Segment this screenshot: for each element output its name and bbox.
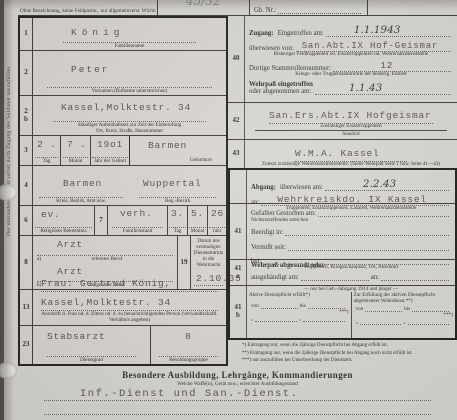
ehe-tag-cell: 3. Tag bbox=[168, 206, 188, 235]
geburt-monat-value: 7 . bbox=[67, 139, 87, 150]
ueberwiesen-von-caption: Bisheriger Feldtruppenteil od. Ersatztru… bbox=[245, 52, 457, 58]
regbez-caption: Reg.-Bezirk bbox=[139, 199, 216, 205]
top-handwritten-cell: 45/32 bbox=[158, 0, 250, 16]
wehrpass-abgesandt-label-2: ausgehändigt am: bbox=[251, 274, 299, 281]
section-number-sub: a bbox=[236, 273, 240, 281]
row-geburt: 3 2 . Tag 7 . Monat 19o1 Jahr der Geburt… bbox=[20, 136, 226, 166]
row-number: 4 bbox=[20, 166, 33, 205]
footnote-3: ***) nur auszufüllen bei Unterbrechung d… bbox=[242, 357, 453, 365]
anschrift-caption: Anschrift d. Frau od. d. Eltern od. d. z… bbox=[33, 311, 226, 325]
dienstpflicht-right-title: Zur Erfüllung der aktiven Dienstpflicht … bbox=[354, 292, 454, 304]
von-blank bbox=[365, 305, 402, 312]
wohnort-value: Kassel,Molktestr. 34 bbox=[61, 102, 191, 113]
margin-instruction: Der umrandete Teil ist sofort nach Zugan… bbox=[6, 65, 12, 236]
besoldungsgruppe-cell: 8 Besoldungsgruppe bbox=[151, 326, 226, 364]
ueberwiesen-von-blank: San.Abt.IX Hof-Geismar bbox=[296, 41, 451, 52]
scan-edge-shadow bbox=[0, 0, 4, 420]
abgang-an-blank: Wehrkreiskdo. IX Kassel bbox=[261, 195, 449, 206]
wohnort-caption-2: Ort, Kreis, Straße, Hausnummer bbox=[53, 129, 206, 135]
ehe-tag-caption: Tag bbox=[169, 229, 186, 235]
stammrollennummer-value: 12 bbox=[380, 60, 393, 71]
row-wohnort: 2 b Kassel,Molktestr. 34 Ständiger Aufen… bbox=[20, 96, 226, 136]
footnote-1: *) Eintragung nur, wenn die 2jährige Die… bbox=[242, 342, 453, 350]
geburt-monat-caption: Monat bbox=[63, 159, 88, 165]
gb-nr-label: Gb. Nr.: bbox=[254, 7, 276, 14]
beerdigt-blank bbox=[285, 225, 449, 236]
zugang-label: Zugang: bbox=[249, 30, 274, 37]
row-number: 1 bbox=[20, 18, 33, 50]
wehrersatzdienststelle-value: W.M.A. Kassel bbox=[295, 148, 380, 159]
gefallen-blank bbox=[318, 206, 449, 217]
familienstand-cell: verh. Familienstand bbox=[108, 206, 168, 235]
ueberwiesen-am-value: 2.2.43 bbox=[363, 178, 396, 190]
ditto-blank bbox=[303, 315, 344, 322]
abgang-header-body: Abgang: überwiesen am: 2.2.43 an: Wehrkr… bbox=[247, 170, 455, 203]
wehrpass-eingetroffen-blank: 1.1.43 bbox=[315, 84, 451, 95]
top-note: Ohne Bezeichnung, keine Feldpostnr., nur… bbox=[20, 8, 156, 14]
vermisst-label: Vermißt seit: bbox=[251, 244, 286, 251]
ueberwiesen-am-blank: 2.2.43 bbox=[325, 180, 449, 191]
ehe-monat-cell: 5. Monat bbox=[188, 206, 208, 235]
bis-blank bbox=[308, 302, 345, 309]
ausbildung-entry: Inf.-Dienst und San.-Dienst. bbox=[80, 388, 298, 400]
regbez-value: Wuppertal bbox=[143, 178, 202, 189]
kreis-caption: Kreis, Bezirk, Amt usw. bbox=[39, 199, 123, 205]
section-number: 41 a bbox=[230, 260, 247, 285]
section-number: 41 b bbox=[230, 286, 247, 338]
ditto-mark: „ bbox=[251, 316, 253, 322]
dienstgrad-cell: Stabsarzt Dienstgrad bbox=[33, 326, 151, 364]
section-41-body: Gefallen Gestorben am: Nichtzutreffendes… bbox=[247, 204, 455, 259]
punch-hole-top bbox=[0, 184, 17, 201]
ausgehaendigt-blank bbox=[301, 270, 369, 281]
row-number: 6 bbox=[20, 206, 33, 235]
row-number-sub: b bbox=[24, 116, 28, 124]
familienstand-value: verh. bbox=[120, 208, 153, 219]
ausgehaendigt-an-label: an: bbox=[371, 274, 379, 281]
top-handwritten-number: 45/32 bbox=[186, 0, 221, 8]
footnotes: *) Eintragung nur, wenn die 2jährige Die… bbox=[228, 340, 457, 365]
ueberwiesen-am-label: überwiesen am: bbox=[280, 184, 323, 191]
geburt-jahr-caption: Jahr der Geburt bbox=[92, 159, 128, 165]
dienstpflicht-left-title: Aktive Dienstpflicht erfüllt*) bbox=[249, 292, 349, 298]
section-number: 42 bbox=[228, 103, 245, 139]
row-kreis: 4 Barmen Wuppertal Kreis, Bezirk, Amt us… bbox=[20, 166, 226, 206]
wehrpass-eingetroffen-label-2: oder abgenommen am: bbox=[249, 88, 313, 95]
row-religion-familienstand: 6 ev. Religiöses Bekenntnis 7 verh. Fami… bbox=[20, 206, 226, 236]
row-number: 2 b bbox=[20, 96, 33, 135]
dienstgrad-caption: Dienstgrad bbox=[47, 358, 136, 364]
religion-cell: ev. Religiöses Bekenntnis bbox=[33, 206, 95, 235]
ausbildung-entry-line: Inf.-Dienst und San.-Dienst. bbox=[44, 387, 431, 401]
geburt-monat-cell: 7 . Monat bbox=[61, 136, 91, 165]
besoldungsgruppe-caption: Besoldungsgruppe bbox=[159, 358, 218, 364]
bei-blank bbox=[263, 254, 449, 265]
abgang-an-value: Wehrkreiskdo. IX Kassel bbox=[277, 194, 427, 205]
vermisst-blank bbox=[288, 240, 449, 251]
section-43-body: W.M.A. Kassel Zuletzt zuständige Wehrers… bbox=[245, 140, 457, 168]
footnote-2: **) Eintragung nur, wenn die 2jährige Di… bbox=[242, 350, 453, 358]
ehe-tag-value: 3. bbox=[171, 208, 184, 219]
section-42: 42 San.Ers.Abt.IX Hofgeismar Zuständiger… bbox=[228, 103, 457, 140]
religion-value: ev. bbox=[41, 209, 61, 220]
bis-blank bbox=[412, 305, 449, 312]
row-dienstgrad: 23 Stabsarzt Dienstgrad 8 Besoldungsgrup… bbox=[20, 326, 226, 364]
beruf-a-field: Arzt a) erlernter Beruf bbox=[33, 236, 177, 263]
dienstpflicht-right-column: Zur Erfüllung der aktiven Dienstpflicht … bbox=[352, 292, 456, 338]
abgang-header: Abgang: überwiesen am: 2.2.43 an: Wehrkr… bbox=[230, 170, 455, 204]
stammrollennummer-blank: 12 bbox=[333, 61, 451, 72]
geburtsort-field: Barmen Geburtsort bbox=[130, 136, 226, 165]
wohnort-field: Kassel,Molktestr. 34 Ständiger Aufenthal… bbox=[33, 96, 226, 135]
eingetroffen-label: Eingetroffen am: bbox=[278, 30, 324, 37]
row-familienname: 1 König Familienname bbox=[20, 18, 226, 51]
row-number: 3 bbox=[20, 136, 33, 165]
section-number: 41 bbox=[230, 204, 247, 259]
anschrift-line1: Frau: Gertrud König, bbox=[41, 278, 171, 289]
top-blank-cell bbox=[368, 0, 457, 16]
abgang-box: Abgang: überwiesen am: 2.2.43 an: Wehrkr… bbox=[228, 168, 457, 340]
scanned-form-page: Der umrandete Teil ist sofort nach Zugan… bbox=[0, 0, 457, 420]
dienstgrad-value: Stabsarzt bbox=[47, 331, 106, 342]
besoldungsgruppe-value: 8 bbox=[185, 331, 192, 342]
section-41: 41 Gefallen Gestorben am: Nichtzutreffen… bbox=[230, 204, 455, 260]
ausbildung-title: Besondere Ausbildung, Lehrgänge, Kommand… bbox=[18, 370, 457, 380]
wehrersatzdienststelle-caption: Zuletzt zuständige Wehrersatzdienststell… bbox=[245, 162, 457, 168]
row-number: 13 bbox=[20, 290, 33, 325]
ehe-jahr-caption: Jahr bbox=[209, 229, 225, 235]
beruf-a-value: Arzt bbox=[57, 239, 83, 250]
wehrpass-eingetroffen-value: 1.1.43 bbox=[349, 82, 382, 94]
eingetroffen-value: 1.1.1943 bbox=[354, 24, 401, 36]
ehe-monat-caption: Monat bbox=[189, 229, 206, 235]
zugang-body: Zugang: Eingetroffen am: 1.1.1943 überwi… bbox=[245, 16, 457, 102]
ersatztruppenteil-value: San.Ers.Abt.IX Hofgeismar bbox=[269, 110, 432, 121]
section-42-body: San.Ers.Abt.IX Hofgeismar Zuständiger Er… bbox=[245, 103, 457, 139]
geburt-tag-caption: Tag bbox=[35, 159, 58, 165]
geburtsort-caption: Geburtsort bbox=[130, 158, 226, 164]
row-number: 2 bbox=[20, 51, 33, 95]
section-41b: 41 b — nur bei Geb.-Jahrgang 1914 und jü… bbox=[230, 286, 455, 338]
section-43: 43 W.M.A. Kassel Zuletzt zuständige Wehr… bbox=[228, 140, 457, 168]
ditto-mark: „ bbox=[356, 319, 358, 325]
von-blank bbox=[261, 302, 298, 309]
anschrift-line2: Kassel,Molktestr. 34 bbox=[41, 297, 171, 308]
row-anschrift: 13 Frau: Gertrud König, Kassel,Molktestr… bbox=[20, 290, 226, 326]
anschrift-field: Frau: Gertrud König, Kassel,Molktestr. 3… bbox=[33, 290, 226, 325]
vornamen-value: Peter bbox=[71, 64, 110, 75]
ausbildung-section: Besondere Ausbildung, Lehrgänge, Kommand… bbox=[18, 366, 457, 420]
section-number: 43 bbox=[228, 140, 245, 168]
familienname-field: König Familienname bbox=[33, 18, 226, 50]
religion-caption: Religiöses Bekenntnis bbox=[35, 229, 92, 235]
gb-nr-cell: Gb. Nr.: bbox=[250, 0, 368, 16]
ditto-mark: „ bbox=[299, 316, 301, 322]
row-vornamen: 2 Peter Vornamen (Rufname unterstreichen… bbox=[20, 51, 226, 96]
ditto-blank bbox=[255, 315, 296, 322]
gefallen-caption: Nichtzutreffendes streichen bbox=[247, 217, 455, 223]
abgang-label: Abgang: bbox=[251, 184, 276, 191]
diensteintritt-caption: Datum des erstmaligen Diensteintritts in… bbox=[191, 238, 226, 269]
wehrpass-eingetroffen-label-1: Wehrpaß eingetroffen bbox=[249, 81, 313, 88]
geburt-jahr-value: 19o1 bbox=[97, 139, 123, 150]
gb-nr-blank bbox=[278, 3, 361, 14]
ehe-monat-value: 5. bbox=[191, 208, 204, 219]
personal-data-block: 1 König Familienname 2 Peter Vornamen (R… bbox=[18, 16, 228, 366]
section-zugang: 40 Zugang: Eingetroffen am: 1.1.1943 übe… bbox=[228, 16, 457, 103]
unit-record-block: 40 Zugang: Eingetroffen am: 1.1.1943 übe… bbox=[228, 16, 457, 366]
beerdigt-label: Beerdigt in: bbox=[251, 229, 283, 236]
punch-hole-bottom bbox=[0, 362, 17, 379]
vornamen-field: Peter Vornamen (Rufname unterstreichen) bbox=[33, 51, 226, 95]
ehe-jahr-value: 26 bbox=[211, 208, 224, 219]
geburtsort-value: Barmen bbox=[148, 140, 187, 151]
geburt-tag-value: 2 . bbox=[37, 139, 57, 150]
ueberwiesen-von-value: San.Abt.IX Hof-Geismar bbox=[302, 41, 438, 51]
ditto-mark: „ bbox=[403, 319, 405, 325]
top-strip: Ohne Bezeichnung, keine Feldpostnr., nur… bbox=[18, 0, 457, 16]
section-number-sub: b bbox=[236, 312, 240, 320]
row-number: 8 bbox=[20, 236, 33, 289]
geburt-jahr-cell: 19o1 Jahr der Geburt bbox=[91, 136, 129, 165]
eingetroffen-blank: 1.1.1943 bbox=[326, 26, 451, 37]
abgang-number-spacer bbox=[230, 170, 247, 203]
row-number-7: 7 bbox=[95, 206, 108, 235]
ausgehaendigt-an-blank bbox=[381, 270, 449, 281]
top-note-cell: Ohne Bezeichnung, keine Feldpostnr., nur… bbox=[18, 0, 158, 16]
familienname-value: König bbox=[71, 27, 125, 38]
ausbildung-blank-line bbox=[44, 401, 431, 415]
stammrollennummer-caption: Kriegs- oder Truppenstammrolle der bishe… bbox=[245, 72, 457, 78]
familienstand-caption: Familienstand bbox=[112, 229, 163, 235]
geburt-tag-cell: 2 . Tag bbox=[33, 136, 61, 165]
geburtsdatum-box: 2 . Tag 7 . Monat 19o1 Jahr der Geburt bbox=[33, 136, 130, 165]
familienname-caption: Familienname bbox=[63, 44, 196, 50]
vornamen-caption: Vornamen (Rufname unterstreichen) bbox=[47, 89, 212, 95]
ditto-blank bbox=[408, 318, 449, 325]
section-41b-body: — nur bei Geb.-Jahrgang 1914 und jünger … bbox=[247, 286, 455, 338]
dienstpflicht-left-column: Aktive Dienstpflicht erfüllt*) von bis *… bbox=[247, 292, 352, 338]
row-number: 23 bbox=[20, 326, 33, 364]
kreis-value: Barmen bbox=[63, 178, 102, 189]
ditto-blank bbox=[360, 318, 401, 325]
gefallen-label: Gefallen Gestorben am: bbox=[251, 210, 316, 217]
kreis-field: Barmen Wuppertal Kreis, Bezirk, Amt usw.… bbox=[33, 166, 226, 205]
ehe-jahr-cell: 26 Jahr bbox=[208, 206, 226, 235]
section-number: 40 bbox=[228, 16, 245, 102]
